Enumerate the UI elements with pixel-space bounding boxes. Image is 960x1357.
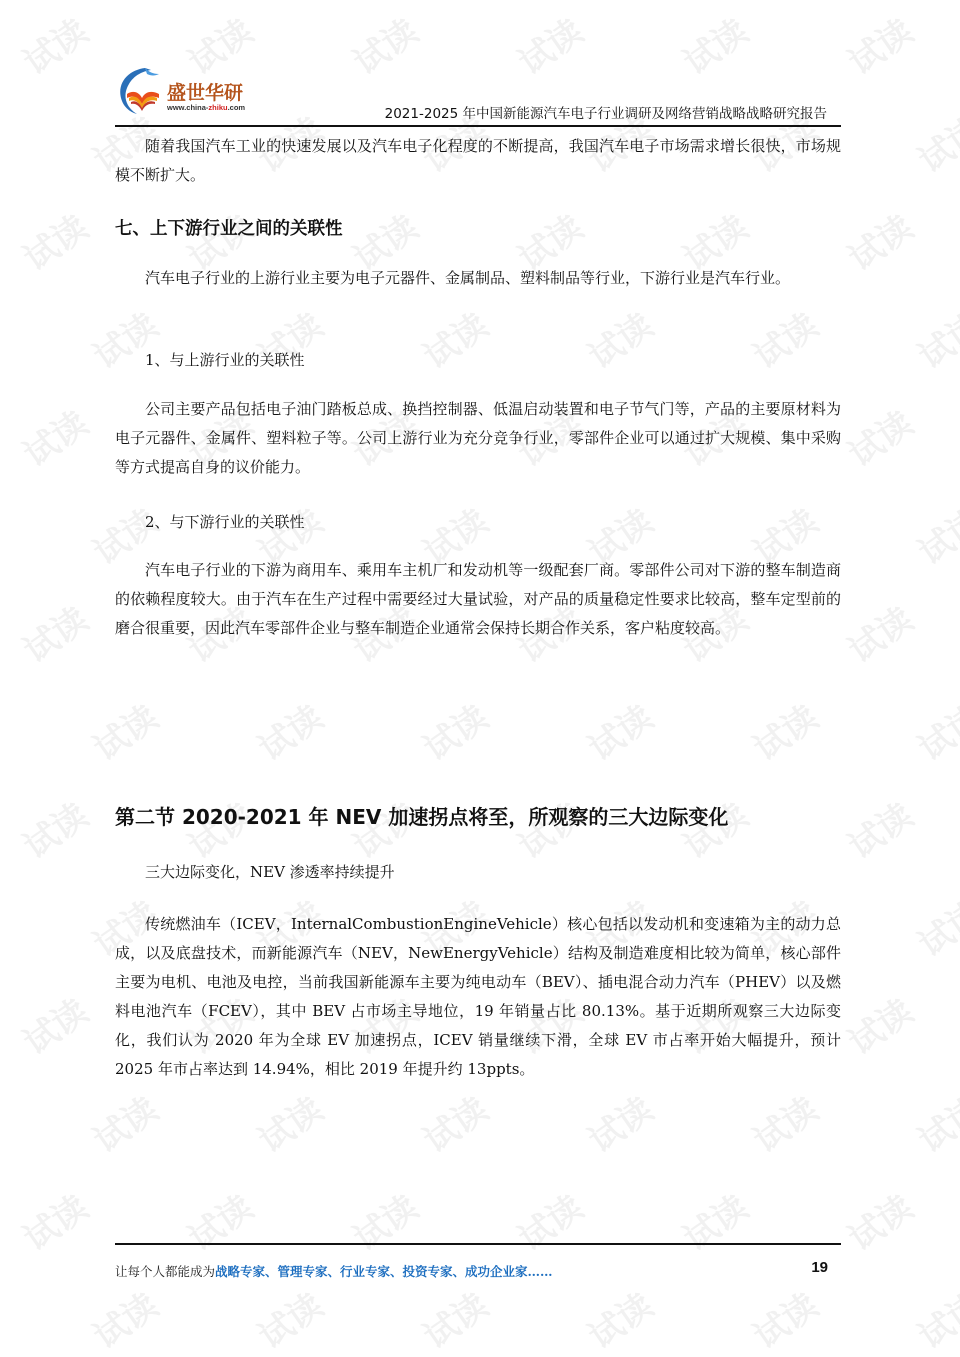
document-page: 盛世华研 www.china-zhiku.com 2021-2025 年中国新能… [0, 0, 960, 1357]
page-number: 19 [811, 1259, 828, 1276]
subheading-nev-penetration: 三大边际变化，NEV 渗透率持续提升 [145, 861, 395, 882]
logo-name: 盛世华研 [167, 78, 243, 105]
upstream-paragraph: 公司主要产品包括电子油门踏板总成、换挡控制器、低温启动装置和电子节气门等，产品的… [115, 395, 841, 482]
intro-paragraph: 随着我国汽车工业的快速发展以及汽车电子化程度的不断提高，我国汽车电子市场需求增长… [115, 132, 841, 190]
section7-paragraph: 汽车电子行业的上游行业主要为电子元器件、金属制品、塑料制品等行业，下游行业是汽车… [115, 264, 841, 293]
logo-url: www.china-zhiku.com [167, 103, 245, 112]
section-heading-nev: 第二节 2020-2021 年 NEV 加速拐点将至，所观察的三大边际变化 [115, 801, 728, 830]
report-title: 2021-2025 年中国新能源汽车电子行业调研及网络营销战略战略研究报告 [385, 102, 827, 122]
subheading-upstream: 1、与上游行业的关联性 [145, 349, 305, 370]
company-logo: 盛世华研 www.china-zhiku.com [115, 64, 265, 118]
subheading-downstream: 2、与下游行业的关联性 [145, 511, 305, 532]
header-divider [115, 125, 841, 127]
downstream-paragraph: 汽车电子行业的下游为商用车、乘用车主机厂和发动机等一级配套厂商。零部件公司对下游… [115, 556, 841, 643]
nev-paragraph: 传统燃油车（ICEV，InternalCombustionEngineVehic… [115, 910, 841, 1084]
footer-slogan: 让每个人都能成为战略专家、管理专家、行业专家、投资专家、成功企业家…… [115, 1262, 553, 1280]
section-heading-upstream-downstream: 七、上下游行业之间的关联性 [115, 215, 343, 240]
footer-divider [115, 1243, 841, 1245]
page-header: 盛世华研 www.china-zhiku.com 2021-2025 年中国新能… [115, 64, 841, 126]
logo-book-icon [115, 64, 167, 116]
